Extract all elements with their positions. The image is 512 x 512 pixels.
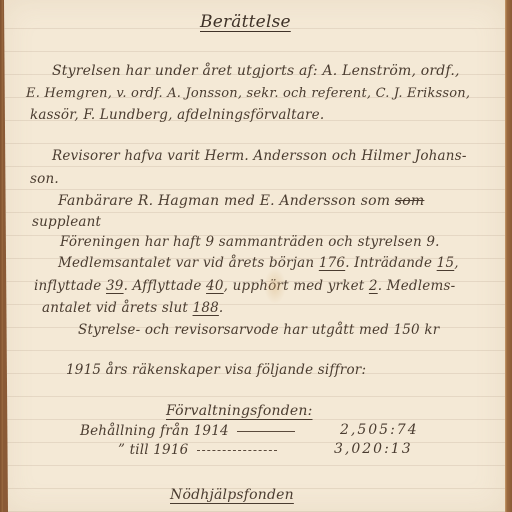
- handwritten-page: Berättelse Styrelsen har under året utgj…: [4, 0, 505, 512]
- board-line-2: E. Hemgren, v. ordf. A. Jonsson, sekr. o…: [26, 87, 470, 100]
- meetings-line: Föreningen har haft 9 sammanträden och s…: [60, 236, 440, 250]
- membership-text: . Inträdande: [345, 255, 432, 271]
- fund-row-label: Behållning från 1914: [80, 423, 229, 439]
- membership-text: , upphört med yrket: [224, 278, 365, 294]
- page-title: Berättelse: [200, 14, 291, 31]
- members-end-count: 188: [193, 300, 219, 316]
- membership-text: . Afflyttade: [124, 278, 202, 294]
- membership-text: antalet vid årets slut: [42, 300, 188, 316]
- leader-line: [197, 450, 277, 451]
- administration-fund-heading: Förvaltningsfonden:: [166, 404, 313, 418]
- membership-text: .: [219, 300, 224, 316]
- accounts-intro-line: 1915 års räkenskaper visa följande siffr…: [66, 364, 366, 378]
- membership-text: Medlemsantalet var vid årets början: [58, 255, 314, 271]
- relief-fund-heading: Nödhjälpsfonden: [170, 488, 294, 502]
- document-frame: Berättelse Styrelsen har under året utgj…: [0, 0, 512, 512]
- membership-text: inflyttade: [34, 278, 101, 294]
- fees-line: Styrelse- och revisorsarvode har utgått …: [78, 324, 439, 338]
- fund-row-1: Behållning från 1914: [80, 425, 299, 439]
- membership-text: ,: [454, 255, 459, 271]
- board-line-1: Styrelsen har under året utgjorts af: A.…: [52, 64, 460, 78]
- fund-row-2: ” till 1916: [118, 444, 281, 458]
- membership-line-1: Medlemsantalet var vid årets början 176.…: [58, 257, 459, 271]
- standard-bearer-line-2: suppleant: [32, 216, 101, 230]
- auditors-line-1: Revisorer hafva varit Herm. Andersson oc…: [52, 150, 467, 164]
- standard-bearer-line-1: Fanbärare R. Hagman med E. Andersson som…: [58, 194, 424, 208]
- auditors-line-2: son.: [30, 173, 59, 187]
- struck-word: som: [395, 193, 425, 209]
- fund-row-label: ” till 1916: [118, 442, 188, 458]
- moved-out-count: 40: [206, 278, 224, 294]
- standard-bearer-text: Fanbärare R. Hagman med E. Andersson som: [58, 193, 390, 209]
- leader-line: [237, 431, 295, 432]
- membership-line-3: antalet vid årets slut 188.: [42, 302, 223, 316]
- left-trade-count: 2: [369, 278, 378, 294]
- fund-row-1-amount: 2,505:74: [340, 423, 419, 437]
- joined-count: 15: [437, 255, 455, 271]
- fund-row-2-amount: 3,020:13: [334, 442, 413, 456]
- board-line-3: kassör, F. Lundberg, afdelningsförvaltar…: [30, 109, 324, 123]
- membership-text: . Medlems-: [378, 278, 456, 294]
- membership-line-2: inflyttade 39. Afflyttade 40, upphört me…: [34, 280, 455, 294]
- page-edge: [505, 0, 512, 512]
- members-start-count: 176: [319, 255, 345, 271]
- moved-in-count: 39: [106, 278, 124, 294]
